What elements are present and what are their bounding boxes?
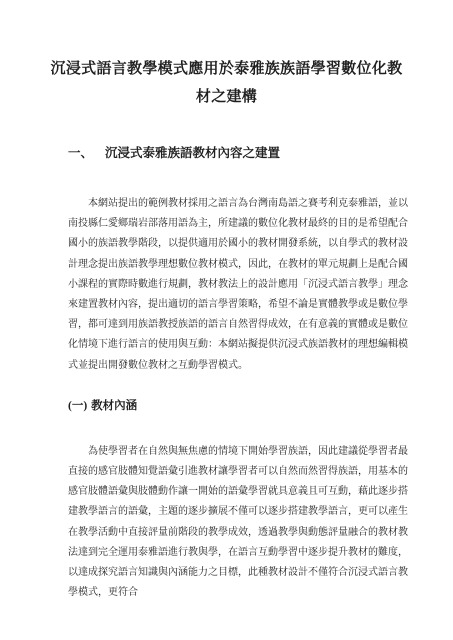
subsection-title: 教材內涵: [91, 400, 137, 412]
document-title: 沉浸式語言教學模式應用於泰雅族族語學習數位化教材之建構: [51, 0, 403, 111]
paragraph-intro: 本網站提出的範例教材採用之語言為台灣南島語之賽考利克泰雅語，並以南投縣仁愛鄉瑞岩…: [68, 194, 408, 376]
paragraph-content: 為使學習者在自然與無焦慮的情境下開始學習族語，因此建議從學習者最直接的感官肢體知…: [68, 442, 408, 604]
section-heading: 一、 沉浸式泰雅族語教材內容之建置: [68, 145, 453, 161]
subsection-heading: (一)教材內涵: [68, 398, 453, 414]
subsection-number: (一): [68, 400, 87, 412]
document-page: 沉浸式語言教學模式應用於泰雅族族語學習數位化教材之建構 一、 沉浸式泰雅族語教材…: [0, 0, 453, 640]
section-number: 一、: [68, 145, 105, 161]
section-title: 沉浸式泰雅族語教材內容之建置: [105, 145, 280, 161]
